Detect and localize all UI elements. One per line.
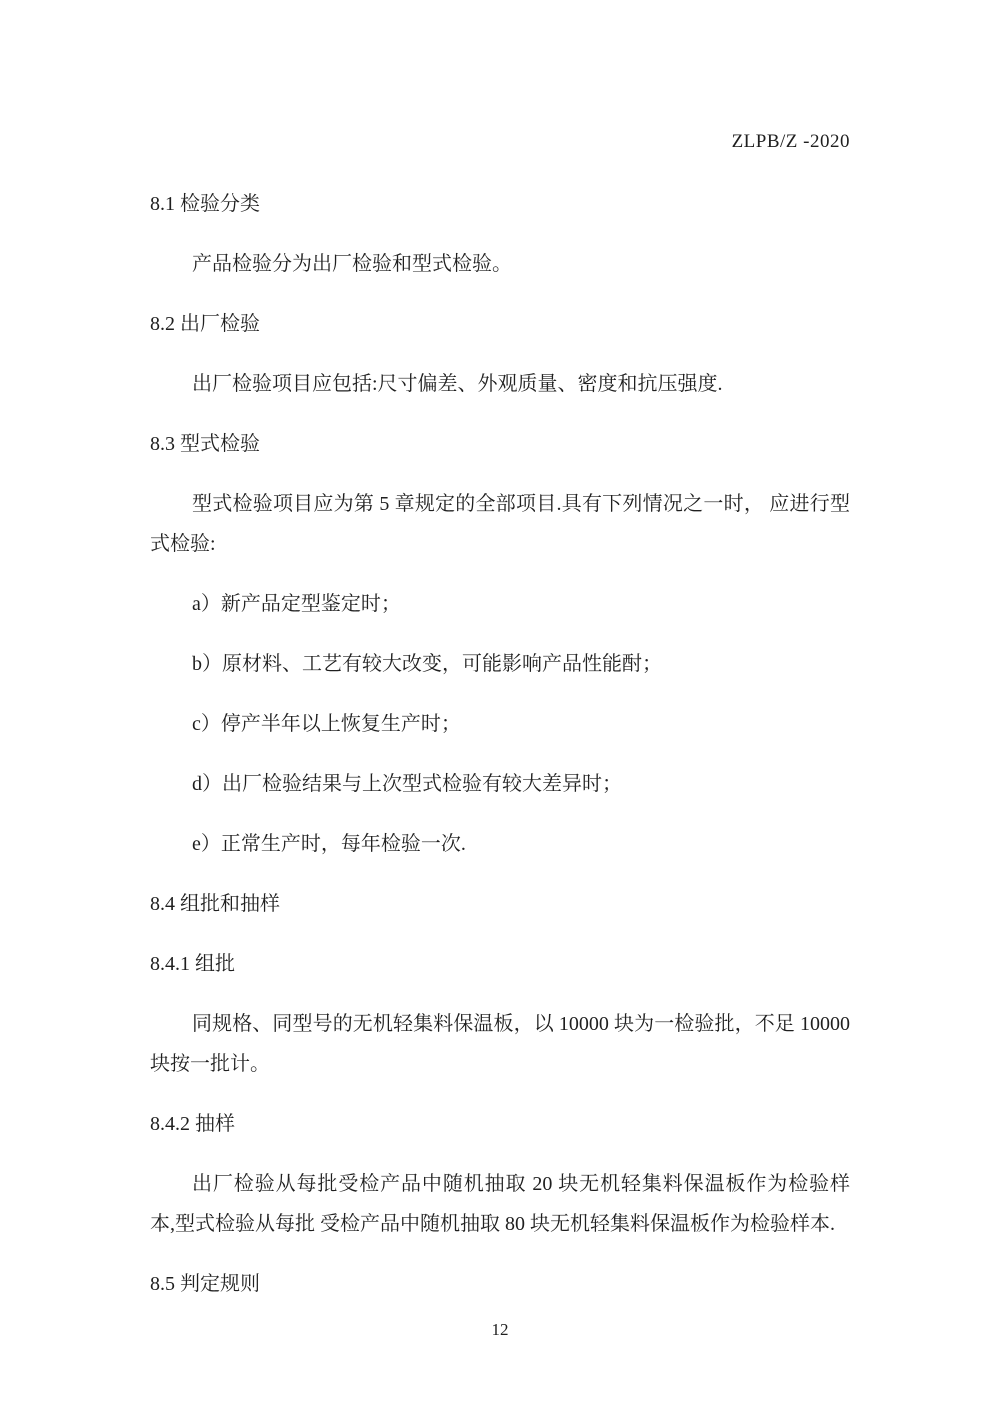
list-item-line: a）新产品定型鉴定时；	[150, 584, 850, 624]
document-code: ZLPB/Z -2020	[150, 128, 850, 156]
section-heading-8-2: 8.2 出厂检验	[150, 304, 850, 344]
list-item-line: e）正常生产时，每年检验一次.	[150, 824, 850, 864]
section-heading-8-5: 8.5 判定规则	[150, 1264, 850, 1304]
paragraph-8-4-2: 出厂检验从每批受检产品中随机抽取 20 块无机轻集料保温板作为检验样 本,型式检…	[150, 1164, 850, 1244]
list-item-d: d）出厂检验结果与上次型式检验有较大差异时；	[150, 764, 850, 804]
list-item-line: d）出厂检验结果与上次型式检验有较大差异时；	[150, 764, 850, 804]
paragraph-line: 出厂检验项目应包括:尺寸偏差、外观质量、密度和抗压强度.	[150, 364, 850, 404]
list-item-line: b）原材料、工艺有较大改变，可能影响产品性能酎；	[150, 644, 850, 684]
list-item-b: b）原材料、工艺有较大改变，可能影响产品性能酎；	[150, 644, 850, 684]
section-heading-8-4-1: 8.4.1 组批	[150, 944, 850, 984]
document-page: ZLPB/Z -2020 8.1 检验分类 产品检验分为出厂检验和型式检验。 8…	[0, 0, 1000, 1414]
paragraph-line: 产品检验分为出厂检验和型式检验。	[150, 244, 850, 284]
paragraph-line: 型式检验项目应为第 5 章规定的全部项目.具有下列情况之一时， 应进行型	[150, 484, 850, 524]
page-content: ZLPB/Z -2020 8.1 检验分类 产品检验分为出厂检验和型式检验。 8…	[150, 0, 850, 1324]
section-heading-8-3: 8.3 型式检验	[150, 424, 850, 464]
paragraph-8-2: 出厂检验项目应包括:尺寸偏差、外观质量、密度和抗压强度.	[150, 364, 850, 404]
paragraph-line: 同规格、同型号的无机轻集料保温板，以 10000 块为一检验批，不足 10000	[150, 1004, 850, 1044]
list-item-c: c）停产半年以上恢复生产时；	[150, 704, 850, 744]
list-item-e: e）正常生产时，每年检验一次.	[150, 824, 850, 864]
paragraph-line: 出厂检验从每批受检产品中随机抽取 20 块无机轻集料保温板作为检验样	[150, 1164, 850, 1204]
section-heading-8-4-2: 8.4.2 抽样	[150, 1104, 850, 1144]
paragraph-line: 本,型式检验从每批 受检产品中随机抽取 80 块无机轻集料保温板作为检验样本.	[150, 1204, 850, 1244]
paragraph-line: 块按一批计。	[150, 1044, 850, 1084]
page-number: 12	[0, 1320, 1000, 1340]
paragraph-8-4-1: 同规格、同型号的无机轻集料保温板，以 10000 块为一检验批，不足 10000…	[150, 1004, 850, 1084]
section-heading-8-1: 8.1 检验分类	[150, 184, 850, 224]
paragraph-8-1: 产品检验分为出厂检验和型式检验。	[150, 244, 850, 284]
paragraph-line: 式检验:	[150, 524, 850, 564]
list-item-line: c）停产半年以上恢复生产时；	[150, 704, 850, 744]
list-item-a: a）新产品定型鉴定时；	[150, 584, 850, 624]
paragraph-8-3: 型式检验项目应为第 5 章规定的全部项目.具有下列情况之一时， 应进行型 式检验…	[150, 484, 850, 564]
section-heading-8-4: 8.4 组批和抽样	[150, 884, 850, 924]
